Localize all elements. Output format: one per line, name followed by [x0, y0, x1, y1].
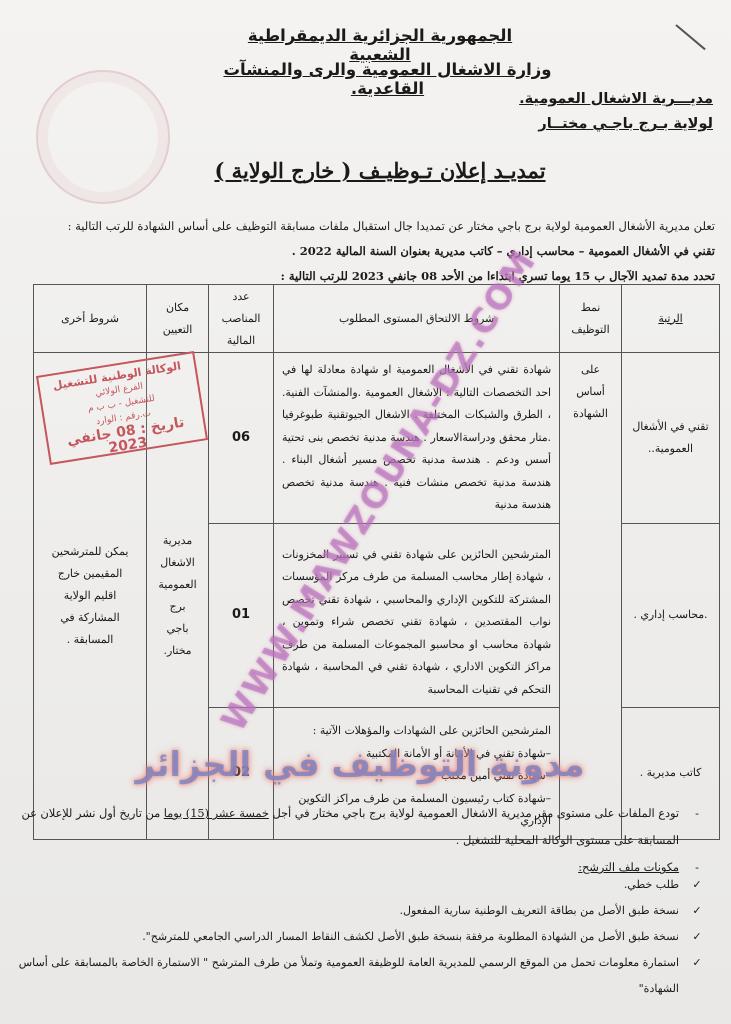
official-seal	[36, 70, 170, 204]
republic-header: الجمهورية الجزائرية الديمقراطية الشعبية	[240, 26, 520, 64]
list-item-text: طلب خطي.	[624, 878, 679, 891]
header-place: مكان التعيين	[147, 285, 209, 353]
list-item: ✓نسخة طبق الأصل من بطاقة التعريف الوطنية…	[15, 898, 715, 924]
deposit-instruction: -تودع الملفات على مستوى مقر مديرية الاشغ…	[15, 800, 715, 827]
intro-text: تعلن مديرية الأشغال العمومية لولاية برج …	[15, 214, 715, 289]
checkmark-icon: ✓	[679, 898, 715, 924]
deposit-deadline: خمسة عشر (15) يوما	[164, 807, 269, 820]
header-rank: الرتبة	[622, 285, 720, 353]
header-positions: عدد المناصب المالية	[209, 285, 274, 353]
document-page: الجمهورية الجزائرية الديمقراطية الشعبية …	[0, 0, 731, 1024]
footer-instructions: -تودع الملفات على مستوى مقر مديرية الاشغ…	[15, 800, 715, 881]
file-components-list: ✓طلب خطي. ✓نسخة طبق الأصل من بطاقة التعر…	[15, 872, 715, 1002]
positions-cell: 06	[209, 353, 274, 524]
page-title: تمديـد إعلان تـوظيـف ( خارج الولاية )	[210, 158, 550, 183]
deposit-text: تودع الملفات على مستوى مقر مديرية الاشغا…	[269, 807, 679, 820]
list-item-continuation: الشهادة"	[15, 976, 715, 1002]
deposit-continuation: المسابقة على مستوى الوكالة المحلية للتشغ…	[15, 827, 715, 854]
checkmark-icon: ✓	[679, 950, 715, 976]
checkmark-icon: ✓	[679, 872, 715, 898]
bullet-dash-icon: -	[679, 800, 715, 827]
ministry-header: وزارة الاشغال العمومية والرى والمنشآت ال…	[215, 60, 560, 98]
directorate-name: مديـــرية الاشغال العمومية.	[519, 91, 713, 107]
wilaya-name: لولاية بـرج باجـي مختــار	[538, 116, 713, 132]
requirement-line: المترشحين الحائزين على الشهادات والمؤهلا…	[282, 720, 551, 743]
intro-line-2: تقني في الأشغال العمومية – محاسب إداري –…	[15, 239, 715, 264]
table-header-row: الرتبة نمط التوظيف شروط الالتحاق المستوى…	[34, 285, 720, 353]
list-item: ✓طلب خطي.	[15, 872, 715, 898]
intro-line-1: تعلن مديرية الأشغال العمومية لولاية برج …	[15, 214, 715, 239]
bottom-watermark: مدونة التوظيف في الجزائر	[120, 745, 600, 785]
list-item-text: استمارة معلومات تحمل من الموقع الرسمي لل…	[19, 956, 679, 969]
checkmark-icon: ✓	[679, 924, 715, 950]
pen-mark	[675, 24, 705, 50]
list-item-text: نسخة طبق الأصل من الشهادة المطلوبة مرفقة…	[142, 930, 679, 943]
list-item-text: نسخة طبق الأصل من بطاقة التعريف الوطنية …	[399, 904, 679, 917]
list-item: ✓استمارة معلومات تحمل من الموقع الرسمي ل…	[15, 950, 715, 976]
header-other: شروط أخرى	[34, 285, 147, 353]
deposit-text: من تاريخ أول نشر للإعلان عن	[21, 807, 163, 820]
list-item: ✓نسخة طبق الأصل من الشهادة المطلوبة مرفق…	[15, 924, 715, 950]
header-mode: نمط التوظيف	[560, 285, 622, 353]
rank-cell: .محاسب إداري .	[622, 523, 720, 708]
rank-cell: تقني في الأشغال العمومية..	[622, 353, 720, 524]
